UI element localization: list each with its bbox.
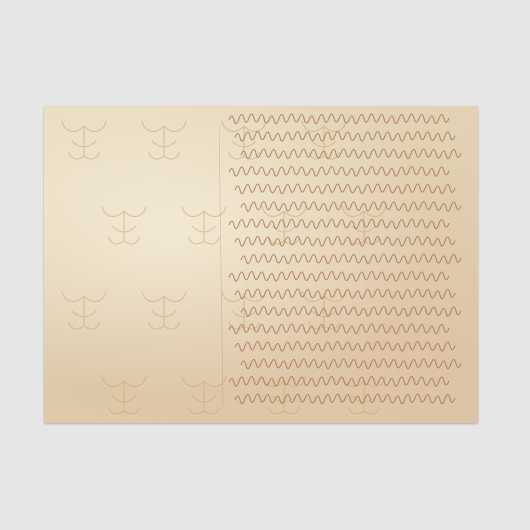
handwritten-script (219, 106, 478, 423)
vintage-script-card (44, 106, 478, 423)
